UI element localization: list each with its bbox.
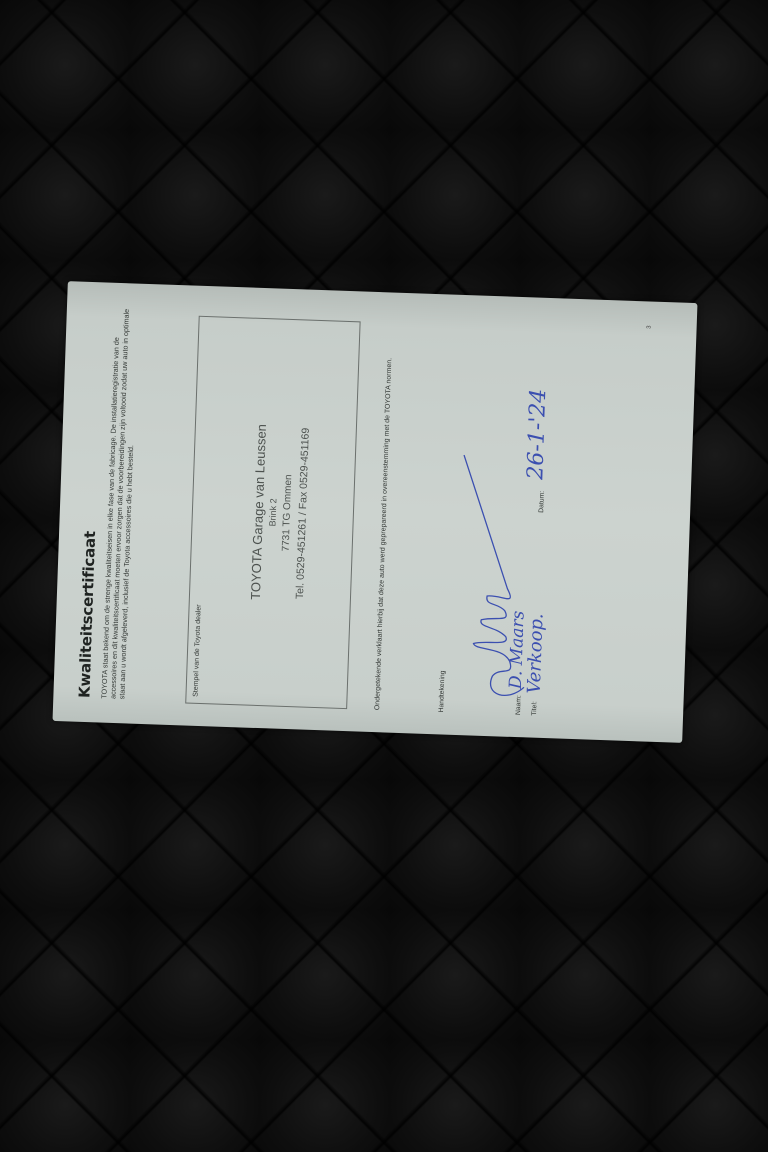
- page-number: 3: [647, 325, 653, 329]
- handwritten-date: 26-1-'24: [523, 388, 551, 480]
- document-title: Kwaliteitscertificaat: [75, 531, 99, 699]
- signature-label: Handtekening: [438, 670, 446, 712]
- handwritten-title: Verkoop.: [524, 613, 548, 694]
- declaration-text: Ondergetekende verklaart hierbij dat dez…: [373, 350, 395, 710]
- dealer-stamp: TOYOTA Garage van Leussen Brink 2 7731 T…: [244, 319, 317, 707]
- dealer-stamp-box: Stempel van de Toyota dealer TOYOTA Gara…: [185, 316, 360, 709]
- certificate-page: Kwaliteitscertificaat TOYOTA staat beken…: [53, 281, 698, 743]
- stamp-label: Stempel van de Toyota dealer: [192, 604, 202, 697]
- intro-paragraph: TOYOTA staat bekend om de strenge kwalit…: [99, 299, 141, 700]
